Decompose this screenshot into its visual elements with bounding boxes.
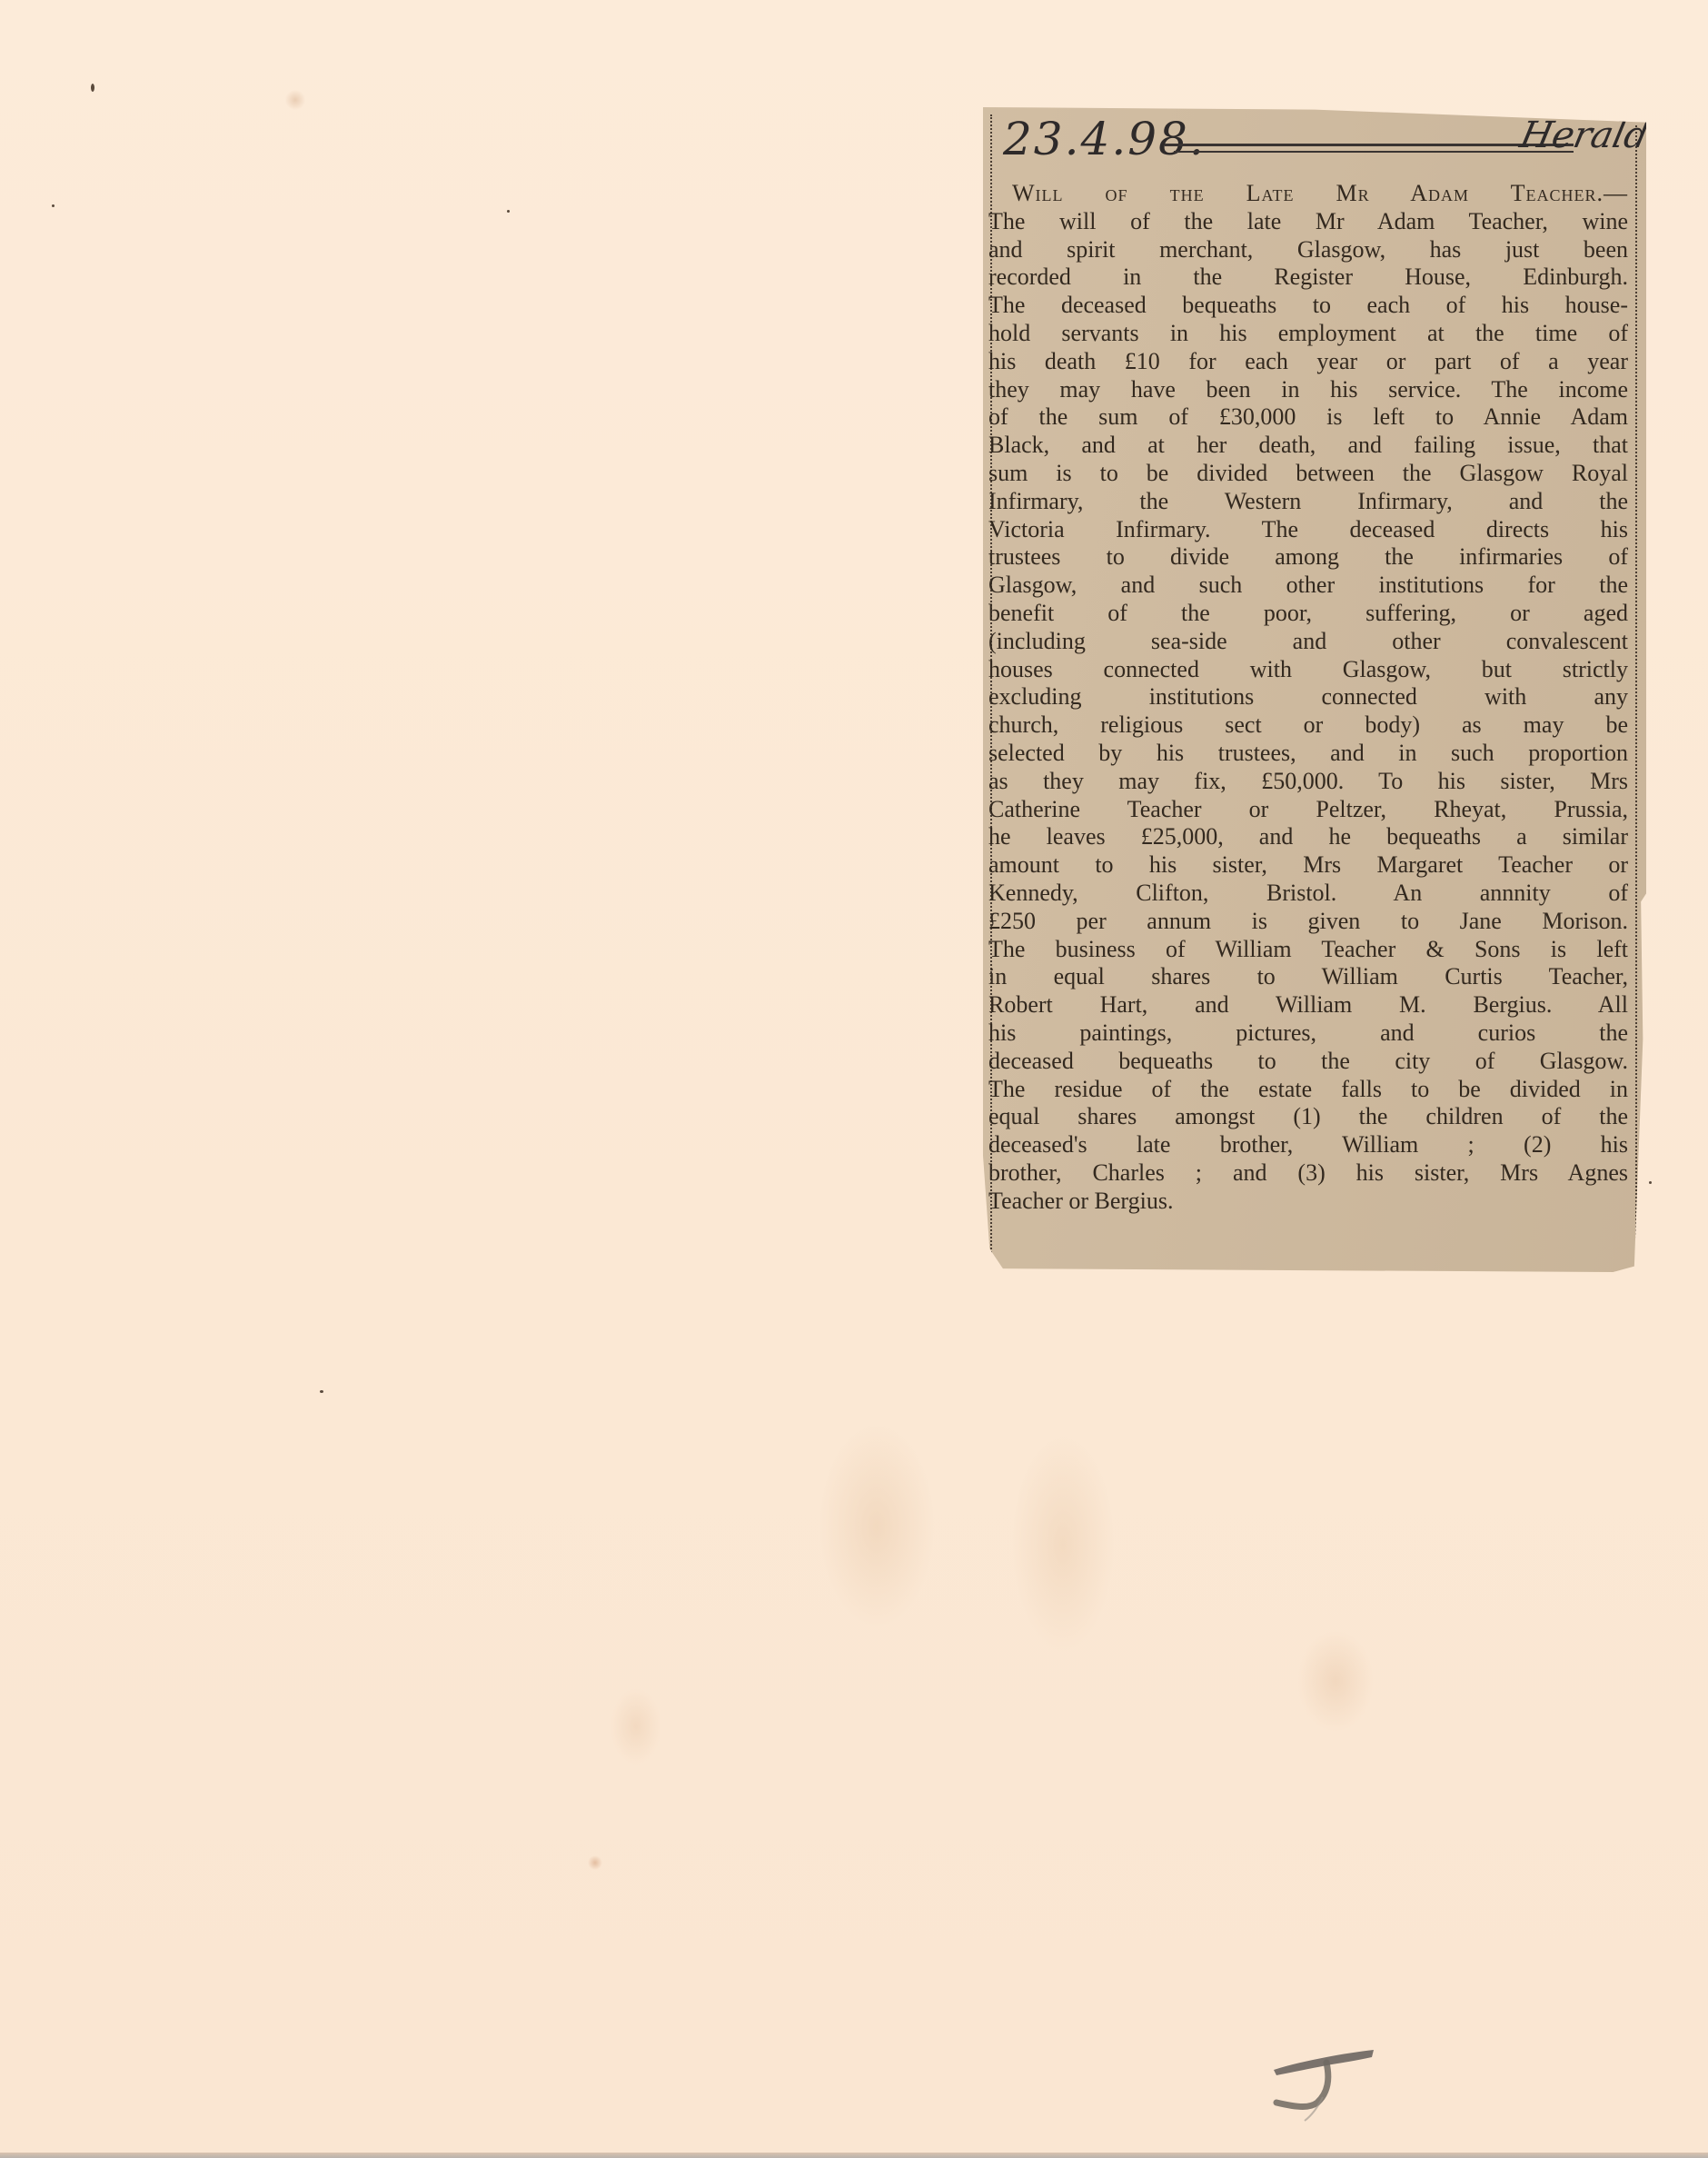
article-line: amount to his sister, Mrs Margaret Teach… xyxy=(988,851,1628,880)
ink-speck xyxy=(1649,1181,1652,1184)
article-line: deceased bequeaths to the city of Glasgo… xyxy=(988,1048,1628,1076)
article-line: Glasgow, and such other institutions for… xyxy=(988,572,1628,600)
article-line: benefit of the poor, suffering, or aged xyxy=(988,600,1628,628)
article-line: recorded in the Register House, Edinburg… xyxy=(988,264,1628,292)
article-line: Robert Hart, and William M. Bergius. All xyxy=(988,991,1628,1019)
handwritten-rule xyxy=(1165,144,1574,146)
article-line: The business of William Teacher & Sons i… xyxy=(988,936,1628,964)
article-line: as they may fix, £50,000. To his sister,… xyxy=(988,768,1628,796)
article-line: his death £10 for each year or part of a… xyxy=(988,348,1628,376)
page-bottom-edge xyxy=(0,2153,1708,2158)
article-line: The residue of the estate falls to be di… xyxy=(988,1076,1628,1104)
handwritten-date: 23.4.98. xyxy=(1003,113,1206,165)
article-line: The will of the late Mr Adam Teacher, wi… xyxy=(988,208,1628,236)
article-line: The deceased bequeaths to each of his ho… xyxy=(988,292,1628,320)
article-line: and spirit merchant, Glasgow, has just b… xyxy=(988,236,1628,264)
newspaper-clipping: 23.4.98. Herald Will of the Late Mr Adam… xyxy=(983,107,1646,1272)
article-line: Kennedy, Clifton, Bristol. An annnity of xyxy=(988,880,1628,908)
article-body: Will of the Late Mr Adam Teacher.— The w… xyxy=(988,180,1628,1215)
article-line: £250 per annum is given to Jane Morison. xyxy=(988,908,1628,936)
article-line: Victoria Infirmary. The deceased directs… xyxy=(988,516,1628,544)
article-line: his paintings, pictures, and curios the xyxy=(988,1019,1628,1048)
ink-speck xyxy=(320,1390,323,1393)
article-line: Teacher or Bergius. xyxy=(988,1188,1628,1216)
article-line: equal shares amongst (1) the children of… xyxy=(988,1103,1628,1131)
article-line: in equal shares to William Curtis Teache… xyxy=(988,963,1628,991)
article-line: brother, Charles ; and (3) his sister, M… xyxy=(988,1159,1628,1188)
ink-initial-mark xyxy=(1272,2043,1376,2124)
article-line: hold servants in his employment at the t… xyxy=(988,320,1628,348)
ink-speck xyxy=(507,210,510,213)
ink-speck xyxy=(91,84,94,92)
ink-speck xyxy=(52,204,55,207)
article-line: he leaves £25,000, and he bequeaths a si… xyxy=(988,823,1628,851)
article-line: excluding institutions connected with an… xyxy=(988,683,1628,711)
article-line: Catherine Teacher or Peltzer, Rheyat, Pr… xyxy=(988,796,1628,824)
article-line: selected by his trustees, and in such pr… xyxy=(988,740,1628,768)
article-line: of the sum of £30,000 is left to Annie A… xyxy=(988,403,1628,432)
handwritten-rule xyxy=(1174,151,1574,153)
article-line: Infirmary, the Western Infirmary, and th… xyxy=(988,488,1628,516)
article-line: (including sea-side and other convalesce… xyxy=(988,628,1628,656)
article-line: Black, and at her death, and failing iss… xyxy=(988,432,1628,460)
article-headline: Will of the Late Mr Adam Teacher.— xyxy=(988,180,1628,208)
article-line: trustees to divide among the infirmaries… xyxy=(988,543,1628,572)
article-line: church, religious sect or body) as may b… xyxy=(988,711,1628,740)
article-line: they may have been in his service. The i… xyxy=(988,376,1628,404)
column-rule-right xyxy=(1635,125,1637,1263)
article-line: houses connected with Glasgow, but stric… xyxy=(988,656,1628,684)
article-line: deceased's late brother, William ; (2) h… xyxy=(988,1131,1628,1159)
article-line: sum is to be divided between the Glasgow… xyxy=(988,460,1628,488)
